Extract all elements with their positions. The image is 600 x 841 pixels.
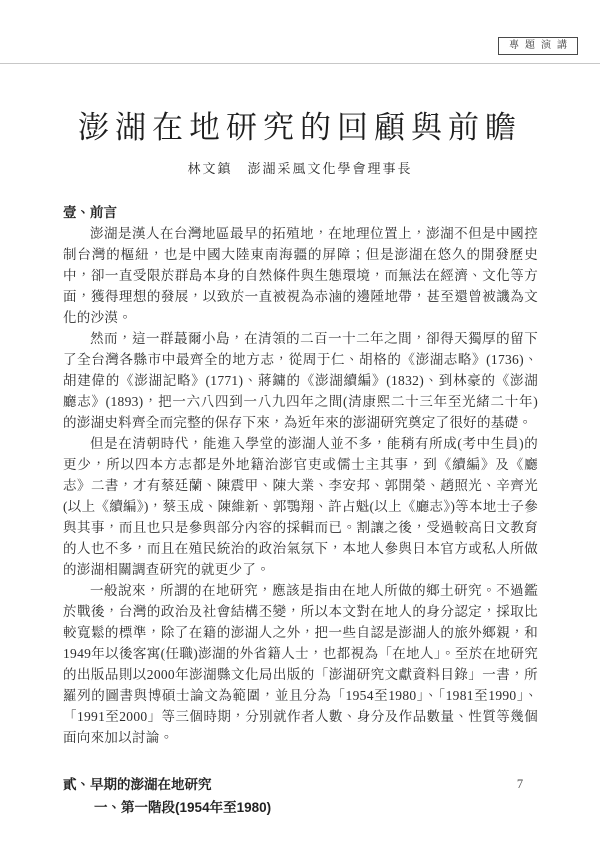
section-heading-intro: 壹、前言: [63, 202, 538, 223]
header-category-tag: 專題演講: [498, 37, 578, 55]
document-page: 專題演講 澎湖在地研究的回顧與前瞻 林文鎮 澎湖采風文化學會理事長 壹、前言 澎…: [0, 0, 600, 841]
page-number: 7: [508, 777, 532, 792]
paragraph-1: 澎湖是漢人在台灣地區最早的拓殖地，在地理位置上，澎湖不但是中國控制台灣的樞紐，也…: [63, 223, 538, 328]
article-body: 壹、前言 澎湖是漢人在台灣地區最早的拓殖地，在地理位置上，澎湖不但是中國控制台灣…: [63, 202, 538, 818]
paragraph-3: 但是在清朝時代，能進入學堂的澎湖人並不多，能稍有所成(考中生員)的更少，所以四本…: [63, 433, 538, 580]
author-line: 林文鎮 澎湖采風文化學會理事長: [0, 160, 600, 178]
header-divider-line: [0, 63, 600, 64]
paragraph-4: 一般說來，所謂的在地研究，應該是指由在地人所做的鄉土研究。不過鑑於戰後，台灣的政…: [63, 580, 538, 748]
section-heading-early-research: 貳、早期的澎湖在地研究: [63, 774, 538, 795]
subsection-heading-stage-1: 一、第一階段(1954年至1980): [63, 797, 538, 818]
paragraph-2: 然而，這一群蕞爾小島，在清領的二百一十二年之間，卻得天獨厚的留下了全台灣各縣市中…: [63, 328, 538, 433]
page-title: 澎湖在地研究的回顧與前瞻: [0, 106, 600, 150]
